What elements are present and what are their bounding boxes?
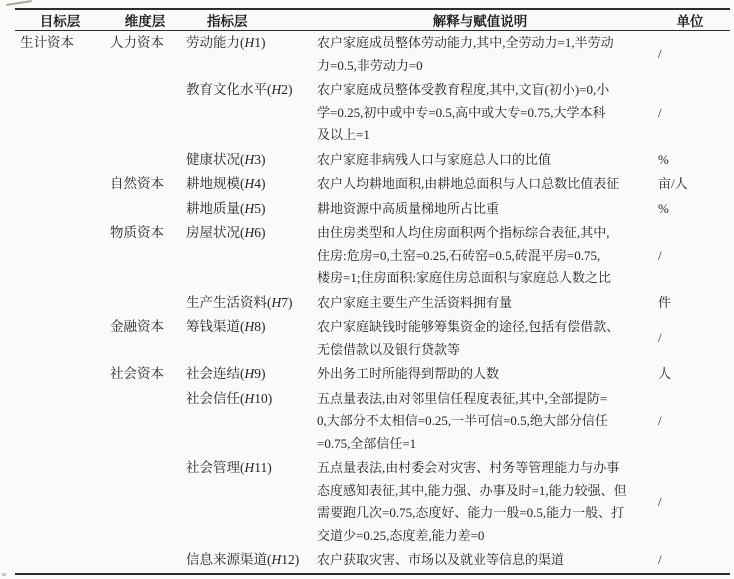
dimension-cell: 金融资本 bbox=[105, 315, 185, 362]
explanation-cell: 农户家庭缺钱时能够筹集资金的途径,包括有偿借款、 无偿借款以及银行贷款等 bbox=[310, 315, 650, 362]
indicator-code: H bbox=[245, 391, 255, 406]
unit-cell: % bbox=[650, 148, 730, 173]
indicator-cell: 耕地质量(H5) bbox=[185, 197, 310, 222]
indicator-cell: 社会信任(H10) bbox=[185, 387, 310, 457]
explanation-cell: 农户获取灾害、市场以及就业等信息的渠道 bbox=[310, 548, 650, 574]
table-row: 金融资本筹钱渠道(H8)农户家庭缺钱时能够筹集资金的途径,包括有偿借款、 无偿借… bbox=[15, 315, 730, 362]
indicator-cell: 耕地规模(H4) bbox=[185, 172, 310, 197]
scanned-table-page: 目标层 维度层 指标层 解释与赋值说明 单位 生计资本人力资本劳动能力(H1)农… bbox=[0, 0, 734, 579]
indicator-code: H bbox=[245, 152, 255, 167]
explanation-cell: 农户人均耕地面积,由耕地总面积与人口总数比值表征 bbox=[310, 172, 650, 197]
unit-cell: 件 bbox=[650, 291, 730, 316]
header-row: 目标层 维度层 指标层 解释与赋值说明 单位 bbox=[15, 9, 730, 31]
indicator-code: H bbox=[245, 319, 255, 334]
unit-cell: / bbox=[650, 315, 730, 362]
col-header-target: 目标层 bbox=[15, 9, 105, 31]
explanation-cell: 五点量表法,由对邻里信任程度表征,其中,全部提防= 0,大部分不太相信=0.25… bbox=[310, 387, 650, 457]
table-row: 生计资本人力资本劳动能力(H1)农户家庭成员整体劳动能力,其中,全劳动力=1,半… bbox=[15, 31, 730, 79]
explanation-cell: 由住房类型和人均住房面积两个指标综合表征,其中, 住房:危房=0,土窑=0.25… bbox=[310, 221, 650, 291]
indicator-code: H bbox=[245, 225, 255, 240]
unit-cell: / bbox=[650, 548, 730, 574]
target-cell: 生计资本 bbox=[15, 31, 105, 574]
unit-cell: 亩/人 bbox=[650, 172, 730, 197]
dimension-cell: 自然资本 bbox=[105, 172, 185, 221]
col-header-indicator: 指标层 bbox=[185, 9, 310, 31]
dimension-cell: 社会资本 bbox=[105, 362, 185, 574]
indicator-code: H bbox=[245, 201, 255, 216]
indicator-cell: 生产生活资料(H7) bbox=[185, 291, 310, 316]
indicator-code: H bbox=[272, 295, 282, 310]
table-header: 目标层 维度层 指标层 解释与赋值说明 单位 bbox=[15, 9, 730, 31]
unit-cell: % bbox=[650, 197, 730, 222]
explanation-cell: 外出务工时所能得到帮助的人数 bbox=[310, 362, 650, 387]
unit-cell: / bbox=[650, 31, 730, 79]
indicator-cell: 筹钱渠道(H8) bbox=[185, 315, 310, 362]
table-row: 物质资本房屋状况(H6)由住房类型和人均住房面积两个指标综合表征,其中, 住房:… bbox=[15, 221, 730, 291]
explanation-cell: 农户家庭成员整体劳动能力,其中,全劳动力=1,半劳动 力=0.5,非劳动力=0 bbox=[310, 31, 650, 79]
explanation-cell: 五点量表法,由村委会对灾害、村务等管理能力与办事 态度感知表征,其中,能力强、办… bbox=[310, 456, 650, 548]
indicator-cell: 社会管理(H11) bbox=[185, 456, 310, 548]
unit-cell: / bbox=[650, 78, 730, 148]
explanation-cell: 农户家庭非病残人口与家庭总人口的比值 bbox=[310, 148, 650, 173]
indicator-code: H bbox=[272, 82, 282, 97]
indicator-code: H bbox=[272, 552, 282, 567]
col-header-explanation: 解释与赋值说明 bbox=[310, 9, 650, 31]
explanation-cell: 农户家庭主要生产生活资料拥有量 bbox=[310, 291, 650, 316]
indicator-cell: 健康状况(H3) bbox=[185, 148, 310, 173]
indicator-cell: 房屋状况(H6) bbox=[185, 221, 310, 291]
unit-cell: / bbox=[650, 221, 730, 291]
unit-cell: / bbox=[650, 387, 730, 457]
table-body: 生计资本人力资本劳动能力(H1)农户家庭成员整体劳动能力,其中,全劳动力=1,半… bbox=[15, 31, 730, 574]
table-row: 自然资本耕地规模(H4)农户人均耕地面积,由耕地总面积与人口总数比值表征亩/人 bbox=[15, 172, 730, 197]
dimension-cell: 物质资本 bbox=[105, 221, 185, 315]
indicator-code: H bbox=[245, 460, 255, 475]
explanation-cell: 耕地资源中高质量梯地所占比重 bbox=[310, 197, 650, 222]
indicator-system-table: 目标层 维度层 指标层 解释与赋值说明 单位 生计资本人力资本劳动能力(H1)农… bbox=[15, 8, 730, 575]
col-header-unit: 单位 bbox=[650, 9, 730, 31]
indicator-code: H bbox=[245, 176, 255, 191]
unit-cell: / bbox=[650, 456, 730, 548]
explanation-cell: 农户家庭成员整体受教育程度,其中,文盲(初小)=0,小 学=0.25,初中或中专… bbox=[310, 78, 650, 148]
indicator-cell: 信息来源渠道(H12) bbox=[185, 548, 310, 574]
indicator-code: H bbox=[245, 35, 255, 50]
indicator-cell: 劳动能力(H1) bbox=[185, 31, 310, 79]
indicator-cell: 教育文化水平(H2) bbox=[185, 78, 310, 148]
scan-artifact-dot bbox=[2, 573, 6, 576]
scan-artifact-mark bbox=[6, 0, 32, 6]
unit-cell: 人 bbox=[650, 362, 730, 387]
table-row: 社会资本社会连结(H9)外出务工时所能得到帮助的人数人 bbox=[15, 362, 730, 387]
dimension-cell: 人力资本 bbox=[105, 31, 185, 173]
col-header-dimension: 维度层 bbox=[105, 9, 185, 31]
indicator-code: H bbox=[245, 366, 255, 381]
indicator-cell: 社会连结(H9) bbox=[185, 362, 310, 387]
